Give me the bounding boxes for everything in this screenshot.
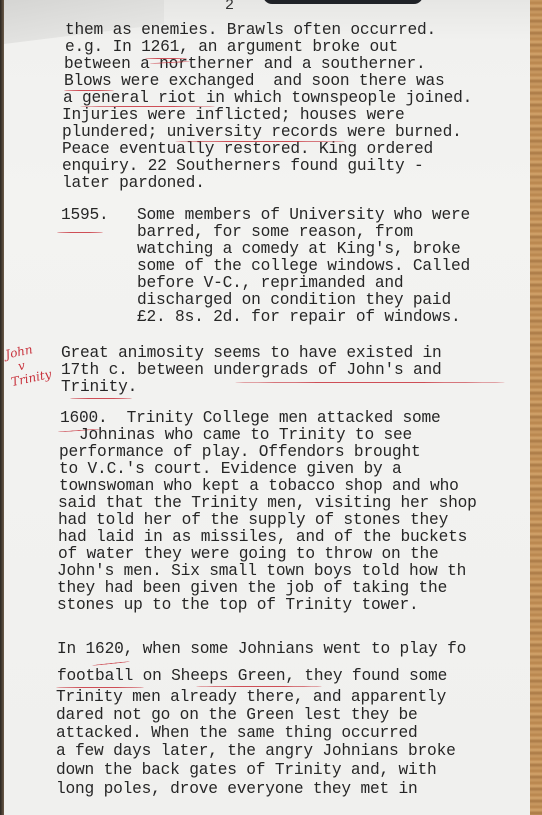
device-notch <box>263 0 423 4</box>
text-line: between a northerner and a southerner. <box>64 56 426 73</box>
text-line: barred, for some reason, from <box>137 224 413 241</box>
ink-underline <box>70 398 132 399</box>
text-line: watching a comedy at King's, broke <box>137 241 460 258</box>
text-line: e.g. In 1261, an argument broke out <box>65 39 398 56</box>
text-line: 17th c. between undergrads of John's and <box>61 362 442 379</box>
text-line: townswoman who kept a tobacco shop and w… <box>59 478 459 495</box>
text-line: some of the college windows. Called <box>137 258 470 275</box>
text-line: a few days later, the angry Johnians bro… <box>56 743 456 760</box>
ink-underline <box>196 686 322 687</box>
wooden-table-edge <box>530 0 542 815</box>
text-line: a general riot in which townspeople join… <box>63 90 472 107</box>
entry-date: 1595. <box>61 207 109 224</box>
ink-underline <box>235 382 505 383</box>
handwritten-margin-note: John v Trinity <box>4 340 53 390</box>
text-line: football on Sheeps Green, they found som… <box>57 668 447 685</box>
text-line: before V-C., reprimanded and <box>137 275 403 292</box>
text-line: Johninas who came to Trinity to see <box>60 427 412 444</box>
text-line: dared not go on the Green lest they be <box>56 707 418 724</box>
ink-underline <box>145 58 187 59</box>
text-line: John's men. Six small town boys told how… <box>57 563 466 580</box>
text-line: attacked. When the same thing occurred <box>56 725 418 742</box>
text-line: Great animosity seems to have existed in <box>61 345 442 362</box>
text-line: Some members of University who were <box>137 207 470 224</box>
text-line: discharged on condition they paid <box>137 292 451 309</box>
text-line: to V.C.'s court. Evidence given by a <box>59 461 402 478</box>
text-line: later pardoned. <box>62 175 205 192</box>
text-line: them as enemies. Brawls often occurred. <box>65 22 436 39</box>
text-line: In 1620, when some Johnians went to play… <box>57 641 466 658</box>
text-line: they had been given the job of taking th… <box>57 580 447 597</box>
text-line: of water they were going to throw on the <box>58 546 439 563</box>
text-line: £2. 8s. 2d. for repair of windows. <box>137 309 460 326</box>
page-number: 2 <box>225 0 234 14</box>
text-line: had told her of the supply of stones the… <box>58 512 448 529</box>
text-line: had laid in as missiles, and of the buck… <box>58 529 467 546</box>
text-line: plundered; university records were burne… <box>62 124 462 141</box>
text-line: 1600. Trinity College men attacked some <box>60 410 441 427</box>
text-line: Trinity men already there, and apparentl… <box>56 689 446 706</box>
text-line: performance of play. Offendors brought <box>59 444 421 461</box>
text-line: Injuries were inflicted; houses were <box>62 107 405 124</box>
ink-underline <box>57 232 103 233</box>
ink-underline <box>64 90 114 91</box>
ink-underline <box>80 106 215 107</box>
text-line: said that the Trinity men, visiting her … <box>58 495 477 512</box>
text-line: long poles, drove everyone they met in <box>56 781 418 798</box>
text-line: down the back gates of Trinity and, with <box>56 762 437 779</box>
text-line: Blows were exchanged and soon there was <box>64 73 445 90</box>
text-line: Trinity. <box>61 379 137 396</box>
text-line: enquiry. 22 Southerners found guilty - <box>62 158 424 175</box>
ink-underline <box>175 141 345 142</box>
text-line: stones up to the top of Trinity tower. <box>57 597 419 614</box>
text-line: Peace eventually restored. King ordered <box>62 141 433 158</box>
